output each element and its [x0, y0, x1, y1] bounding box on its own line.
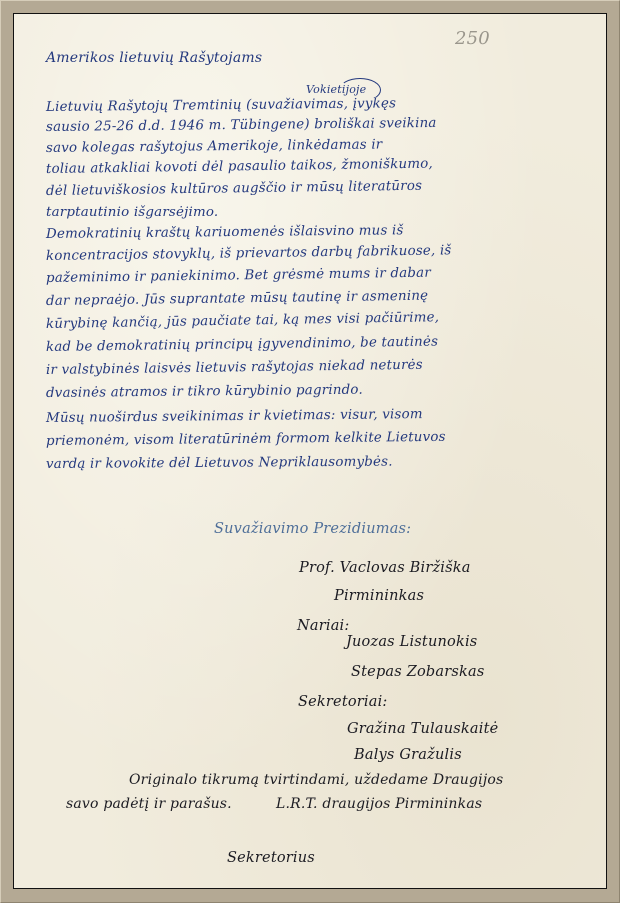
body-line: Demokratinių kraštų kariuomenės išlaisvi… [46, 223, 404, 242]
body-line: savo kolegas rašytojus Amerikoje, linkėd… [46, 137, 383, 156]
body-line: tarptautinio išgarsėjimo. [46, 205, 218, 220]
presidium-heading: Suvažiavimo Prezidiumas: [214, 521, 411, 537]
secretaries-label: Sekretoriai: [298, 694, 388, 710]
body-line: kūrybinę kančią, jūs paučiate tai, ką me… [46, 310, 439, 332]
society-secretary-signature: Sekretorius [227, 850, 315, 866]
body-line: priemonėm, visom literatūrinėm formom ke… [46, 430, 446, 449]
body-line: kad be demokratinių principų įgyvendinim… [46, 335, 438, 355]
chair-signature: Prof. Vaclovas Biržiška [299, 560, 471, 576]
body-line: pažeminimo ir paniekinimo. Bet grėsmė mu… [46, 266, 431, 286]
body-line: vardą ir kovokite dėl Lietuvos Nepriklau… [46, 455, 393, 472]
secretary-signature: Balys Gražulis [354, 747, 462, 763]
body-line: sausio 25-26 d.d. 1946 m. Tübingene) bro… [46, 116, 437, 135]
certification-line: Originalo tikrumą tvirtindami, uždedame … [129, 772, 503, 788]
body-line: toliau atkakliai kovoti dėl pasaulio tai… [46, 157, 433, 177]
certification-line: savo padėtį ir parašus. [66, 796, 232, 812]
body-line: dvasinės atramos ir tikro kūrybinio pagr… [46, 383, 363, 401]
member-signature: Juozas Listunokis [346, 634, 477, 650]
body-line: dėl lietuviškosios kultūros augščio ir m… [46, 179, 422, 199]
body-line: koncentracijos stovyklų, iš prievartos d… [46, 243, 452, 264]
body-line: dar nepraėjo. Jūs suprantate mūsų tautin… [46, 289, 428, 309]
salutation: Amerikos lietuvių Rašytojams [46, 50, 262, 66]
chair-title: Pirmininkas [334, 588, 424, 604]
secretary-signature: Gražina Tulauskaitė [347, 721, 498, 737]
society-chair-signature: L.R.T. draugijos Pirmininkas [276, 796, 482, 812]
letter-page: 250 Amerikos lietuvių Rašytojams Vokieti… [13, 13, 607, 889]
page-number: 250 [455, 28, 490, 49]
members-label: Nariai: [297, 618, 349, 634]
body-line: Lietuvių Rašytojų Tremtinių (suvažiavima… [46, 96, 396, 115]
body-line: ir valstybinės laisvės lietuvis rašytoja… [46, 358, 423, 378]
body-line: Mūsų nuoširdus sveikinimas ir kvietimas:… [46, 407, 423, 426]
member-signature: Stepas Zobarskas [351, 664, 485, 680]
